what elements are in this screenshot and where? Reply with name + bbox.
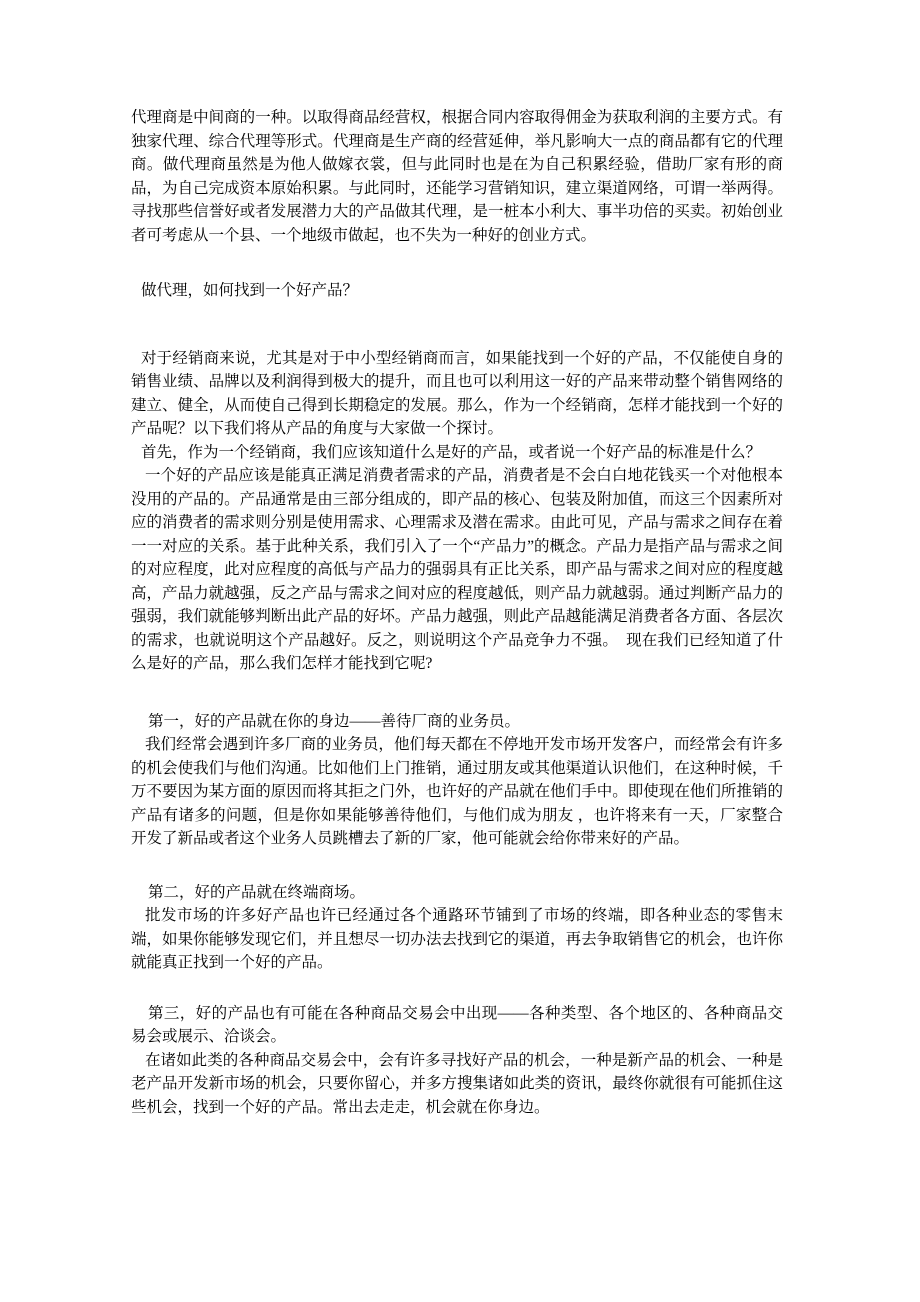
document-page: 代理商是中间商的一种。以取得商品经营权，根据合同内容取得佣金为获取利润的主要方式… — [0, 0, 920, 1302]
paragraph-point-3-body: 在诸如此类的各种商品交易会中，会有许多寻找好产品的机会，一种是新产品的机会、一种… — [131, 1049, 783, 1120]
heading-point-2: 第二，好的产品就在终端商场。 — [131, 881, 783, 905]
document-text-area: 代理商是中间商的一种。以取得商品经营权，根据合同内容取得佣金为获取利润的主要方式… — [131, 106, 783, 1119]
heading-question: 做代理，如何找到一个好产品？ — [131, 279, 783, 303]
paragraph-point-2-body: 批发市场的许多好产品也许已经通过各个通路环节铺到了市场的终端，即各种业态的零售末… — [131, 904, 783, 975]
paragraph-product-power: 一个好的产品应该是能真正满足消费者需求的产品，消费者是不会白白地花钱买一个对他根… — [131, 464, 783, 676]
heading-point-1: 第一，好的产品就在你的身边——善待厂商的业务员。 — [131, 710, 783, 734]
heading-point-3: 第三，好的产品也有可能在各种商品交易会中出现——各种类型、各个地区的、各种商品交… — [131, 1002, 783, 1049]
paragraph-distributor-intro: 对于经销商来说，尤其是对于中小型经销商而言，如果能找到一个好的产品，不仅能使自身… — [131, 347, 783, 441]
paragraph-point-1-body: 我们经常会遇到许多厂商的业务员，他们每天都在不停地开发市场开发客户，而经常会有许… — [131, 733, 783, 851]
paragraph-standard-question: 首先，作为一个经销商，我们应该知道什么是好的产品，或者说一个好产品的标准是什么？ — [131, 441, 783, 465]
paragraph-agent-intro: 代理商是中间商的一种。以取得商品经营权，根据合同内容取得佣金为获取利润的主要方式… — [131, 106, 783, 247]
